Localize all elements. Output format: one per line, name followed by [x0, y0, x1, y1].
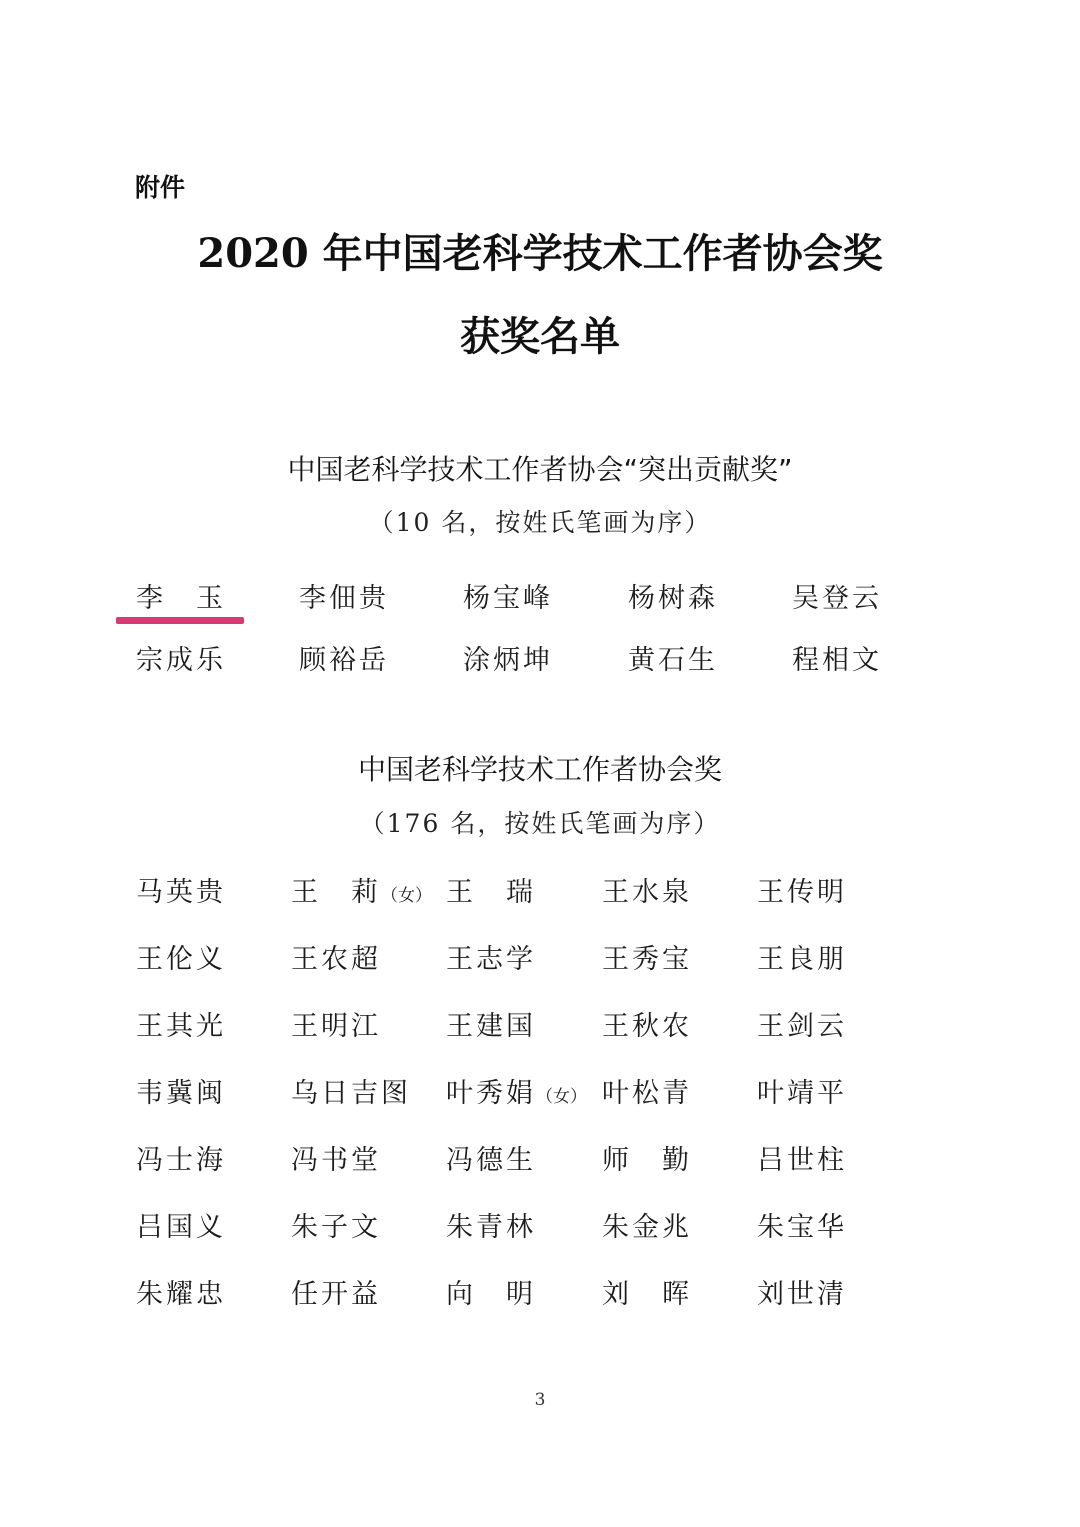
awardee-name: 王志学 [446, 944, 536, 975]
awardee-name: 冯书堂 [291, 1145, 381, 1176]
list-item: 马英贵 [136, 870, 226, 909]
awardee-name: 朱宝华 [757, 1212, 847, 1243]
list-item: 王农超 [291, 937, 381, 976]
list-item: 叶秀娟（女） [446, 1071, 587, 1110]
list-item: 朱宝华 [757, 1205, 847, 1244]
list-item: 王伦义 [136, 937, 226, 976]
list-item: 王剑云 [757, 1004, 847, 1043]
page-number: 3 [0, 1390, 1080, 1410]
list-item: 朱子文 [291, 1205, 381, 1244]
list-item: 涂炳坤 [463, 638, 553, 677]
awardee-name: 向 明 [446, 1279, 536, 1310]
awardee-name: 王秀宝 [602, 944, 692, 975]
list-item: 杨宝峰 [463, 576, 553, 615]
list-item: 刘世清 [757, 1272, 847, 1311]
awardee-name: 冯德生 [446, 1145, 536, 1176]
awardee-name: 程相文 [792, 645, 882, 676]
awardee-name: 刘世清 [757, 1279, 847, 1310]
list-item: 叶靖平 [757, 1071, 847, 1110]
awardee-name: 朱金兆 [602, 1212, 692, 1243]
section-outstanding-title: 中国老科学技术工作者协会“突出贡献奖” [0, 448, 1080, 488]
list-item: 顾裕岳 [299, 638, 389, 677]
page-subtitle: 获奖名单 [0, 305, 1080, 362]
awardee-name: 叶松青 [602, 1078, 692, 1109]
gender-note: （女） [381, 886, 432, 906]
list-item: 乌日吉图 [291, 1071, 411, 1110]
list-item: 叶松青 [602, 1071, 692, 1110]
gender-note: （女） [536, 1087, 587, 1107]
awardee-name: 朱耀忠 [136, 1279, 226, 1310]
list-item: 王建国 [446, 1004, 536, 1043]
awardee-name: 王其光 [136, 1011, 226, 1042]
awardee-name: 刘 晖 [602, 1279, 692, 1310]
list-item: 朱青林 [446, 1205, 536, 1244]
list-item: 王秀宝 [602, 937, 692, 976]
list-item: 王良朋 [757, 937, 847, 976]
awardee-name: 黄石生 [628, 645, 718, 676]
awardee-name: 涂炳坤 [463, 645, 553, 676]
awardee-name: 王明江 [291, 1011, 381, 1042]
awardee-name: 叶秀娟 [446, 1078, 536, 1109]
awardee-name: 王秋农 [602, 1011, 692, 1042]
awardee-name: 王农超 [291, 944, 381, 975]
awardee-name: 吕国义 [136, 1212, 226, 1243]
section-award-title: 中国老科学技术工作者协会奖 [0, 748, 1080, 788]
highlight-underline [116, 617, 244, 624]
awardee-name: 师 勤 [602, 1145, 692, 1176]
list-item: 吴登云 [792, 576, 882, 615]
awardee-name: 王 莉 [291, 877, 381, 908]
list-item: 冯士海 [136, 1138, 226, 1177]
list-item: 杨树森 [628, 576, 718, 615]
list-item: 朱耀忠 [136, 1272, 226, 1311]
list-item: 师 勤 [602, 1138, 692, 1177]
awardee-name: 李佃贵 [299, 583, 389, 614]
list-item: 朱金兆 [602, 1205, 692, 1244]
list-item: 程相文 [792, 638, 882, 677]
awardee-name: 王良朋 [757, 944, 847, 975]
list-item: 宗成乐 [136, 638, 226, 677]
list-item: 李佃贵 [299, 576, 389, 615]
list-item: 王明江 [291, 1004, 381, 1043]
awardee-name: 王 瑞 [446, 877, 536, 908]
awardee-name: 叶靖平 [757, 1078, 847, 1109]
awardee-name: 吕世柱 [757, 1145, 847, 1176]
awardee-name: 冯士海 [136, 1145, 226, 1176]
section-award-subtitle: （176 名，按姓氏笔画为序） [0, 804, 1080, 840]
list-item: 黄石生 [628, 638, 718, 677]
list-item: 王秋农 [602, 1004, 692, 1043]
list-item: 王 莉（女） [291, 870, 432, 909]
list-item: 向 明 [446, 1272, 536, 1311]
list-item: 任开益 [291, 1272, 381, 1311]
list-item: 冯书堂 [291, 1138, 381, 1177]
page-title: 2020 年中国老科学技术工作者协会奖 [0, 222, 1080, 279]
list-item: 李 玉 [136, 576, 226, 615]
awardee-name: 王伦义 [136, 944, 226, 975]
awardee-name: 杨树森 [628, 583, 718, 614]
list-item: 王 瑞 [446, 870, 536, 909]
list-item: 王志学 [446, 937, 536, 976]
awardee-name: 王水泉 [602, 877, 692, 908]
list-item: 王传明 [757, 870, 847, 909]
awardee-name: 任开益 [291, 1279, 381, 1310]
list-item: 吕国义 [136, 1205, 226, 1244]
awardee-name: 顾裕岳 [299, 645, 389, 676]
list-item: 韦冀闽 [136, 1071, 226, 1110]
awardee-name: 杨宝峰 [463, 583, 553, 614]
awardee-name: 韦冀闽 [136, 1078, 226, 1109]
awardee-name: 李 玉 [136, 583, 226, 614]
list-item: 吕世柱 [757, 1138, 847, 1177]
awardee-name: 王传明 [757, 877, 847, 908]
awardee-name: 朱青林 [446, 1212, 536, 1243]
awardee-name: 马英贵 [136, 877, 226, 908]
section-outstanding-subtitle: （10 名，按姓氏笔画为序） [0, 503, 1080, 539]
list-item: 王其光 [136, 1004, 226, 1043]
list-item: 王水泉 [602, 870, 692, 909]
list-item: 冯德生 [446, 1138, 536, 1177]
awardee-name: 朱子文 [291, 1212, 381, 1243]
awardee-name: 吴登云 [792, 583, 882, 614]
awardee-name: 宗成乐 [136, 645, 226, 676]
awardee-name: 乌日吉图 [291, 1078, 411, 1109]
attachment-label: 附件 [135, 168, 185, 204]
awardee-name: 王剑云 [757, 1011, 847, 1042]
list-item: 刘 晖 [602, 1272, 692, 1311]
awardee-name: 王建国 [446, 1011, 536, 1042]
